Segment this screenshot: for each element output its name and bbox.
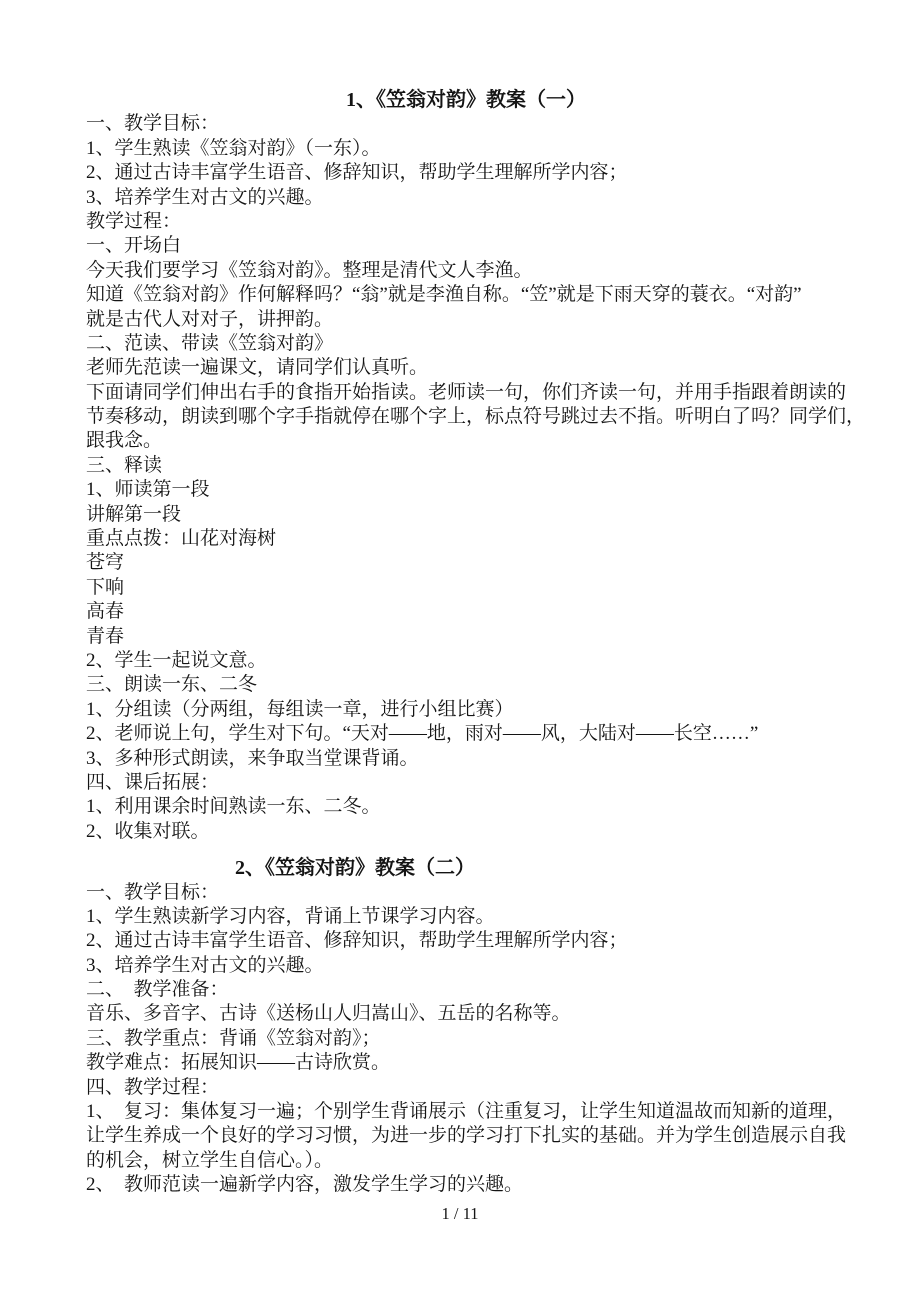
text-line: 1、 复习：集体复习一遍；个别学生背诵展示（注重复习，让学生知道温故而知新的道理… [86,1100,846,1124]
document-page: 1、《笠翁对韵》教案（一） 一、教学目标： 1、学生熟读《笠翁对韵》（一东）。 … [0,0,920,1302]
text-line: 教学难点：拓展知识——古诗欣赏。 [86,1051,846,1075]
document-content: 1、《笠翁对韵》教案（一） 一、教学目标： 1、学生熟读《笠翁对韵》（一东）。 … [86,88,846,1198]
text-line: 让学生养成一个良好的学习习惯，为进一步的学习打下扎实的基础。并为学生创造展示自我 [86,1124,846,1148]
text-line: 跟我念。 [86,429,846,453]
text-line: 1、学生熟读《笠翁对韵》（一东）。 [86,137,846,161]
text-line: 一、开场白 [86,234,846,258]
text-line: 2、老师说上句，学生对下句。“天对——地，雨对——风，大陆对——长空……” [86,722,846,746]
text-line: 讲解第一段 [86,503,846,527]
text-line: 2、收集对联。 [86,820,846,844]
text-line: 三、教学重点：背诵《笠翁对韵》； [86,1027,846,1051]
text-line: 老师先范读一遍课文，请同学们认真听。 [86,356,846,380]
text-line: 1、利用课余时间熟读一东、二冬。 [86,795,846,819]
text-line: 1、师读第一段 [86,478,846,502]
text-line: 音乐、多音字、古诗《送杨山人归嵩山》、五岳的名称等。 [86,1002,846,1026]
text-line: 四、教学过程： [86,1076,846,1100]
text-line: 2、通过古诗丰富学生语音、修辞知识，帮助学生理解所学内容； [86,161,846,185]
text-line: 教学过程： [86,210,846,234]
text-line: 2、通过古诗丰富学生语音、修辞知识，帮助学生理解所学内容； [86,929,846,953]
text-line: 3、培养学生对古文的兴趣。 [86,186,846,210]
text-line: 四、课后拓展： [86,771,846,795]
text-line: 青春 [86,625,846,649]
text-line: 就是古代人对对子，讲押韵。 [86,308,846,332]
text-line: 重点点拨：山花对海树 [86,527,846,551]
page-number: 1 / 11 [0,1204,920,1224]
text-line: 的机会，树立学生自信心。）。 [86,1149,846,1173]
section-1-body: 一、教学目标： 1、学生熟读《笠翁对韵》（一东）。 2、通过古诗丰富学生语音、修… [86,112,846,844]
text-line: 二、 教学准备： [86,978,846,1002]
text-line: 2、学生一起说文意。 [86,649,846,673]
text-line: 3、多种形式朗读，来争取当堂课背诵。 [86,747,846,771]
text-line: 下响 [86,576,846,600]
section-2-title: 2、《笠翁对韵》教案（二） [86,856,846,880]
text-line: 2、 教师范读一遍新学内容，激发学生学习的兴趣。 [86,1173,846,1197]
text-line: 今天我们要学习《笠翁对韵》。整理是清代文人李渔。 [86,259,846,283]
text-line: 二、范读、带读《笠翁对韵》 [86,332,846,356]
text-line: 三、朗读一东、二冬 [86,673,846,697]
text-line: 苍穹 [86,551,846,575]
text-line: 高春 [86,600,846,624]
text-line: 一、教学目标： [86,112,846,136]
text-line: 节奏移动，朗读到哪个字手指就停在哪个字上，标点符号跳过去不指。听明白了吗？同学们… [86,405,846,429]
lesson-plan-section-2: 2、《笠翁对韵》教案（二） 一、教学目标： 1、学生熟读新学习内容，背诵上节课学… [86,856,846,1197]
section-2-body: 一、教学目标： 1、学生熟读新学习内容，背诵上节课学习内容。 2、通过古诗丰富学… [86,881,846,1198]
text-line: 知道《笠翁对韵》作何解释吗？“翁”就是李渔自称。“笠”就是下雨天穿的蓑衣。“对韵… [86,283,846,307]
text-line: 三、释读 [86,454,846,478]
text-line: 1、学生熟读新学习内容，背诵上节课学习内容。 [86,905,846,929]
text-line: 3、培养学生对古文的兴趣。 [86,954,846,978]
text-line: 一、教学目标： [86,881,846,905]
text-line: 下面请同学们伸出右手的食指开始指读。老师读一句，你们齐读一句，并用手指跟着朗读的 [86,381,846,405]
section-1-title: 1、《笠翁对韵》教案（一） [86,88,846,112]
lesson-plan-section-1: 1、《笠翁对韵》教案（一） 一、教学目标： 1、学生熟读《笠翁对韵》（一东）。 … [86,88,846,844]
text-line: 1、分组读（分两组，每组读一章，进行小组比赛） [86,698,846,722]
